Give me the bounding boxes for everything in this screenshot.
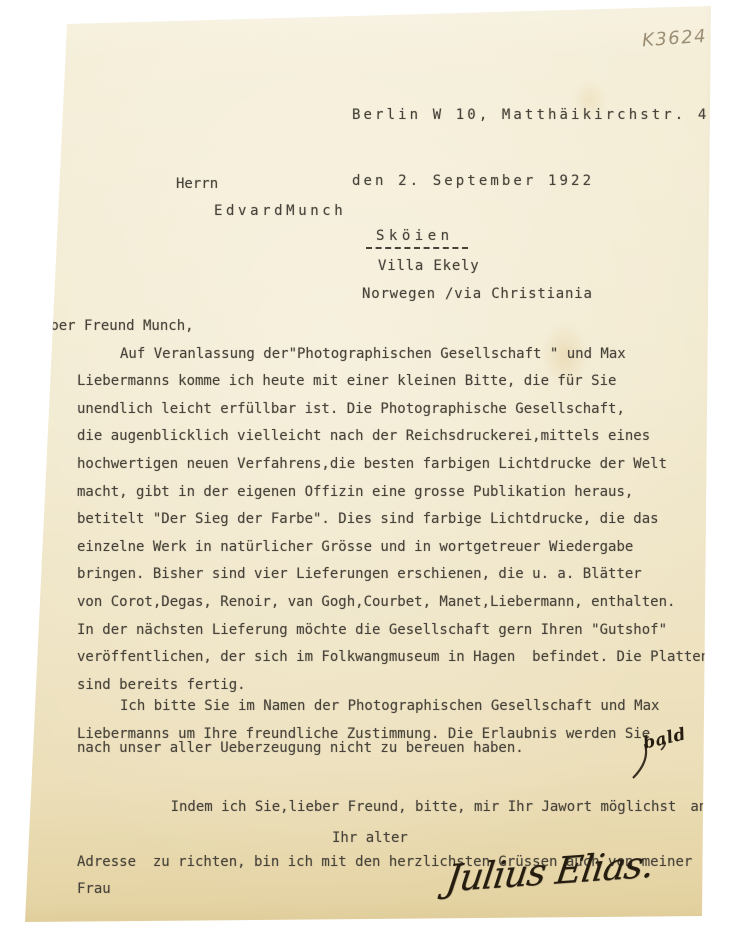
body-line: Ich bitte Sie im Namen der Photographisc… bbox=[120, 693, 720, 721]
body-line: einzelne Werk in natürlicher Grösse und … bbox=[77, 534, 720, 562]
recipient-residence: Villa Ekely bbox=[378, 258, 480, 274]
body-line: hochwertigen neuen Verfahrens,die besten… bbox=[77, 451, 720, 479]
date-line: den 2. September 1922 bbox=[352, 170, 709, 192]
recipient-place-underlined: Sköien bbox=[366, 228, 468, 249]
insertion-caret-stroke bbox=[627, 740, 667, 782]
closing-phrase: Ihr alter bbox=[332, 830, 408, 846]
body-line-part1: Indem ich Sie,lieber Freund, bitte, mir … bbox=[171, 799, 677, 815]
recipient-title: Herrn bbox=[176, 176, 218, 192]
body-line: bringen. Bisher sind vier Lieferungen er… bbox=[77, 561, 720, 589]
letter-paper: K3624 Berlin W 10, Matthäikirchstr. 4 de… bbox=[0, 0, 733, 950]
body-line: von Corot,Degas, Renoir, van Gogh,Courbe… bbox=[77, 589, 720, 617]
body-line: Liebermanns komme ich heute mit einer kl… bbox=[77, 368, 720, 396]
sender-address-line: Berlin W 10, Matthäikirchstr. 4 bbox=[352, 104, 709, 126]
body-line: unendlich leicht erfüllbar ist. Die Phot… bbox=[77, 396, 720, 424]
archival-catalog-number: K3624 bbox=[641, 26, 707, 51]
body-line-part2: an meine bbox=[690, 799, 733, 815]
recipient-name: EdvardMunch bbox=[214, 203, 346, 219]
greeting: Lieber Freund Munch, bbox=[25, 313, 720, 341]
letter-body: Lieber Freund Munch, Auf Veranlassung de… bbox=[25, 313, 720, 904]
body-line: Auf Veranlassung der"Photographischen Ge… bbox=[120, 341, 720, 369]
body-line: veröffentlichen, der sich im Folkwangmus… bbox=[77, 644, 720, 672]
body-line: die augenblicklich vielleicht nach der R… bbox=[77, 423, 720, 451]
letter-head: Berlin W 10, Matthäikirchstr. 4 den 2. S… bbox=[352, 60, 709, 236]
body-line: betitelt "Der Sieg der Farbe". Dies sind… bbox=[77, 506, 720, 534]
body-line: macht, gibt in der eigenen Offizin eine … bbox=[77, 479, 720, 507]
body-line: In der nächsten Lieferung möchte die Ges… bbox=[77, 617, 720, 645]
recipient-country-line: Norwegen /via Christiania bbox=[362, 286, 593, 302]
